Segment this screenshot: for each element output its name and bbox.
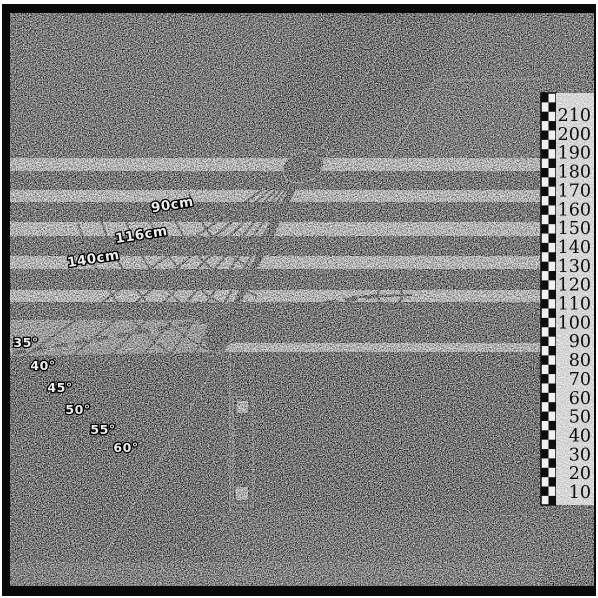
angle-label: 50° — [65, 402, 90, 417]
rod-tick — [541, 337, 549, 346]
rod-tick — [549, 215, 557, 224]
rod-tick — [549, 458, 557, 467]
rod-tick — [549, 327, 557, 336]
angle-label: 45° — [47, 380, 72, 395]
ruler-number: 110 — [558, 295, 591, 315]
rod-tick — [549, 477, 557, 486]
ruler-number: 80 — [569, 351, 591, 371]
ruler-number: 120 — [558, 276, 591, 296]
rod-tick — [541, 187, 549, 196]
rod-tick — [541, 355, 549, 364]
ruler-number: 20 — [569, 464, 591, 484]
rod-tick — [549, 384, 557, 393]
rod-tick — [541, 262, 549, 271]
rod-tick — [541, 149, 549, 158]
angle-label: 40° — [30, 358, 55, 373]
rod-tick — [541, 430, 549, 439]
halftone-light-grain — [10, 13, 594, 586]
rod-tick — [541, 393, 549, 402]
ruler-number: 90 — [569, 332, 591, 352]
ruler-number: 100 — [558, 313, 591, 333]
rod-tick — [541, 243, 549, 252]
rod-tick — [549, 346, 557, 355]
angle-label: 55° — [90, 422, 115, 437]
rod-tick — [549, 140, 557, 149]
ruler-number: 200 — [558, 125, 591, 145]
rod-tick — [549, 234, 557, 243]
rod-tick — [541, 449, 549, 458]
ruler-number: 50 — [569, 408, 591, 428]
rod-tick — [549, 102, 557, 111]
rod-tick — [549, 365, 557, 374]
rod-tick — [541, 487, 549, 496]
ruler-number: 40 — [569, 427, 591, 447]
ruler-number: 180 — [558, 163, 591, 183]
rod-tick — [549, 177, 557, 186]
angle-label: 60° — [113, 440, 138, 455]
ruler-number: 130 — [558, 257, 591, 277]
rod-tick — [549, 496, 557, 505]
ruler-number: 210 — [558, 106, 591, 126]
ruler-number: 10 — [569, 483, 591, 503]
ruler-number: 170 — [558, 181, 591, 201]
ruler-number: 150 — [558, 219, 591, 239]
rod-tick — [541, 299, 549, 308]
rod-tick — [541, 205, 549, 214]
ruler-number: 30 — [569, 445, 591, 465]
rod-tick — [541, 280, 549, 289]
rod-tick — [541, 412, 549, 421]
rod-tick — [541, 112, 549, 121]
rod-tick — [541, 131, 549, 140]
rod-tick — [541, 224, 549, 233]
rod-tick — [541, 468, 549, 477]
rod-tick — [541, 374, 549, 383]
rod-tick — [549, 402, 557, 411]
rod-tick — [549, 252, 557, 261]
rod-tick — [549, 196, 557, 205]
rod-tick — [549, 290, 557, 299]
angle-label: 35° — [13, 335, 38, 350]
ruler-number: 60 — [569, 389, 591, 409]
rod-tick — [541, 93, 549, 102]
photo-content: 2102001901801701601501401301201101009080… — [10, 13, 594, 586]
ruler-number: 140 — [558, 238, 591, 258]
scanned-figure: 2102001901801701601501401301201101009080… — [0, 0, 598, 598]
ruler-number: 70 — [569, 370, 591, 390]
rod-tick — [549, 421, 557, 430]
rod-tick — [541, 318, 549, 327]
rod-tick — [549, 440, 557, 449]
rod-tick — [549, 159, 557, 168]
rod-tick — [541, 168, 549, 177]
figure-photo: 2102001901801701601501401301201101009080… — [0, 0, 598, 598]
ruler-number: 160 — [558, 200, 591, 220]
rod-tick — [549, 271, 557, 280]
ruler-number: 190 — [558, 144, 591, 164]
rod-tick — [549, 121, 557, 130]
rod-tick — [549, 309, 557, 318]
